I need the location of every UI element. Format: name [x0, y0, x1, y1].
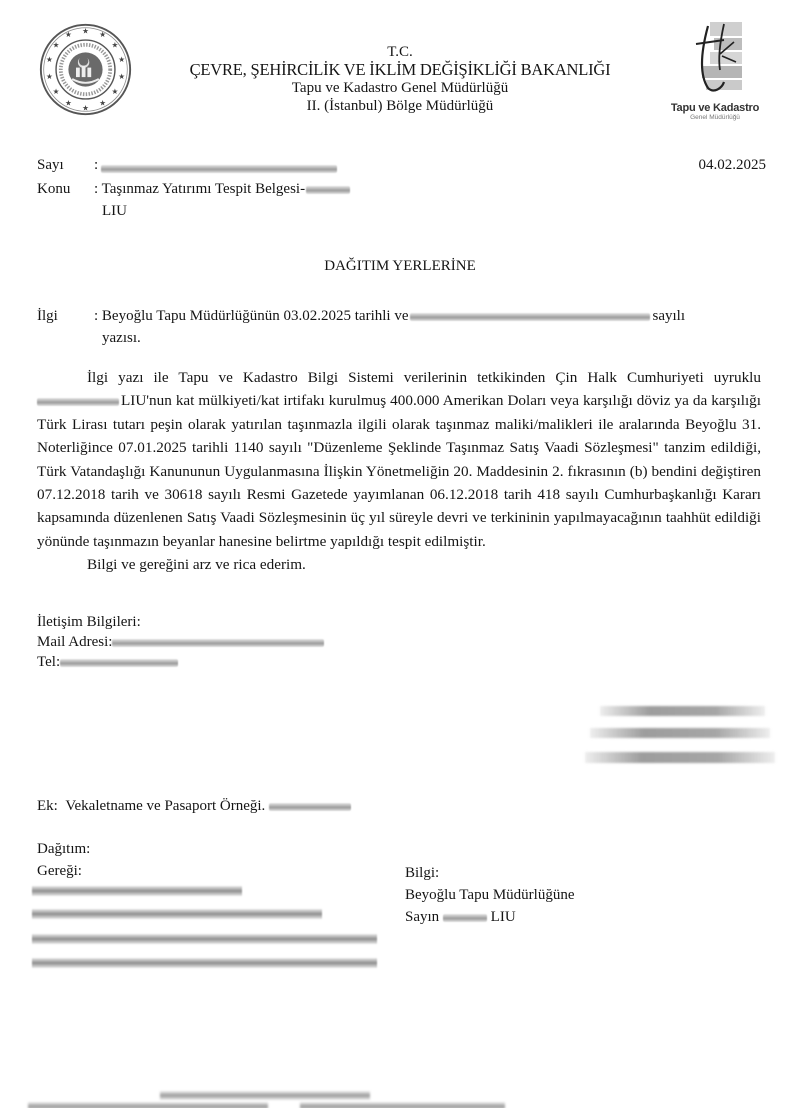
- attachment-label: Ek:: [37, 798, 58, 814]
- distribution: Dağıtım: Gereği:: [37, 838, 90, 882]
- ilgi-text-after: sayılı: [652, 308, 685, 324]
- tel-redacted: [60, 659, 178, 667]
- header-tc: T.C.: [150, 43, 650, 61]
- bilgi-redacted: [443, 914, 487, 922]
- body-p1-rest: LIU'nun kat mülkiyeti/kat irtifakı kurul…: [37, 392, 761, 549]
- mail-label: Mail Adresi:: [37, 634, 112, 650]
- sayi-separator: :: [94, 157, 98, 174]
- sayi-label: Sayı: [37, 157, 64, 174]
- ministry-seal-icon: ★★★ ★★★ ★★★ ★★★ ★★: [38, 22, 133, 117]
- header-directorate: Tapu ve Kadastro Genel Müdürlüğü: [150, 79, 650, 97]
- svg-text:★: ★: [65, 99, 72, 108]
- attachment-redacted: [269, 803, 351, 811]
- konu-redacted: [306, 186, 350, 194]
- svg-text:★: ★: [99, 30, 106, 39]
- ilgi-redacted: [410, 313, 650, 321]
- svg-text:★: ★: [82, 26, 89, 35]
- tel-label: Tel:: [37, 654, 60, 670]
- svg-text:★: ★: [82, 103, 89, 112]
- bilgi-recipients: Bilgi: Beyoğlu Tapu Müdürlüğüne Sayın LI…: [405, 862, 575, 928]
- header-ministry: ÇEVRE, ŞEHİRCİLİK VE İKLİM DEĞİŞİKLİĞİ B…: [150, 61, 650, 79]
- tkgm-logo-sub: Genel Müdürlüğü: [660, 114, 770, 121]
- svg-text:★: ★: [46, 55, 53, 64]
- gere-label: Gereği:: [37, 860, 90, 882]
- body-paragraph: İlgi yazı ile Tapu ve Kadastro Bilgi Sis…: [37, 366, 761, 577]
- konu-label: Konu: [37, 181, 70, 198]
- svg-text:★: ★: [99, 99, 106, 108]
- bilgi-line1: Beyoğlu Tapu Müdürlüğüne: [405, 884, 575, 906]
- bilgi-label: Bilgi:: [405, 862, 575, 884]
- svg-text:★: ★: [112, 41, 119, 50]
- svg-text:★: ★: [118, 72, 125, 81]
- document-title: DAĞITIM YERLERİNE: [0, 258, 800, 275]
- contact-info: İletişim Bilgileri: Mail Adresi: Tel:: [37, 612, 324, 672]
- tkgm-logo-name: Tapu ve Kadastro: [660, 102, 770, 114]
- body-name-redacted: [37, 398, 119, 406]
- ilgi-line2: yazısı.: [102, 330, 141, 347]
- sayi-redacted: [101, 160, 337, 177]
- document-date: 04.02.2025: [699, 157, 767, 174]
- svg-text:★: ★: [46, 72, 53, 81]
- attachment-text: Vekaletname ve Pasaport Örneği.: [65, 798, 265, 814]
- konu-value: : Taşınmaz Yatırımı Tespit Belgesi-: [94, 181, 350, 198]
- tkgm-logo-icon: Tapu ve Kadastro Genel Müdürlüğü: [660, 18, 770, 118]
- konu-text: : Taşınmaz Yatırımı Tespit Belgesi-: [94, 181, 305, 197]
- svg-text:★: ★: [53, 87, 60, 96]
- header-regional: II. (İstanbul) Bölge Müdürlüğü: [150, 97, 650, 115]
- distribution-heading: Dağıtım:: [37, 838, 90, 860]
- body-p1-start: İlgi yazı ile Tapu ve Kadastro Bilgi Sis…: [87, 369, 761, 386]
- letterhead: T.C. ÇEVRE, ŞEHİRCİLİK VE İKLİM DEĞİŞİKL…: [150, 43, 650, 115]
- ilgi-label: İlgi: [37, 308, 58, 325]
- svg-text:★: ★: [53, 41, 60, 50]
- contact-heading: İletişim Bilgileri:: [37, 612, 324, 632]
- konu-value-line2: LIU: [102, 203, 127, 220]
- svg-text:★: ★: [118, 55, 125, 64]
- bilgi-line2-suffix: LIU: [491, 909, 516, 925]
- body-p2: Bilgi ve gereğini arz ve rica ederim.: [87, 556, 306, 573]
- ilgi-value: : Beyoğlu Tapu Müdürlüğünün 03.02.2025 t…: [94, 308, 685, 325]
- bilgi-line2-prefix: Sayın: [405, 909, 439, 925]
- svg-text:★: ★: [65, 30, 72, 39]
- ilgi-text: : Beyoğlu Tapu Müdürlüğünün 03.02.2025 t…: [94, 308, 408, 324]
- attachment: Ek: Vekaletname ve Pasaport Örneği.: [37, 798, 351, 815]
- svg-text:★: ★: [112, 87, 119, 96]
- mail-redacted: [112, 639, 324, 647]
